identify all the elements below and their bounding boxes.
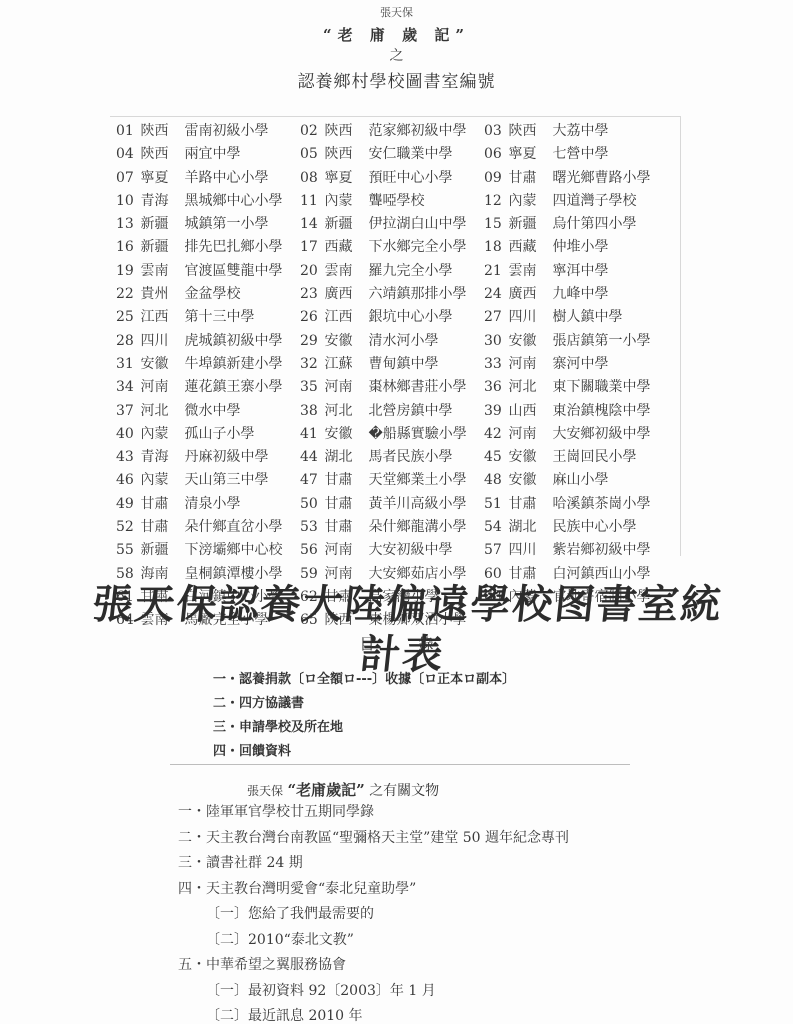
school-name: 官渡區雙龍中學 (184, 263, 282, 279)
school-entry: 47 甘肅天堂鄉業土小學 (300, 469, 484, 492)
school-province: 河南 (140, 376, 178, 399)
school-number: 48 (484, 469, 504, 492)
school-province: 安徽 (508, 469, 546, 492)
school-province: 甘肅 (508, 493, 546, 516)
document-header: 張天保 “老 庯 歲 記” 之 認養鄉村學校圖書室編號 (0, 4, 793, 94)
school-number: 32 (300, 353, 320, 376)
school-entry: 16 新疆排先巴扎鄉小學 (116, 236, 300, 259)
school-number: 52 (116, 516, 136, 539)
school-province: 河北 (324, 400, 362, 423)
school-name: 曹甸鎮中學 (368, 356, 438, 372)
school-province: 雲南 (324, 260, 362, 283)
school-province: 江西 (140, 306, 178, 329)
school-number: 54 (484, 516, 504, 539)
school-name: 排先巴扎鄉小學 (184, 239, 282, 255)
school-name: 羅九完全小學 (368, 263, 452, 279)
school-province: 雲南 (508, 260, 546, 283)
school-province: 四川 (508, 539, 546, 562)
school-province: 內蒙 (140, 469, 178, 492)
school-name: 丹麻初級中學 (184, 449, 268, 465)
school-number: 43 (116, 446, 136, 469)
school-name: 大安初級中學 (368, 542, 452, 558)
school-entry: 23 廣西六靖鎮那排小學 (300, 283, 484, 306)
school-entry: 25 江西第十三中學 (116, 306, 300, 329)
school-name: 東下關職業中學 (552, 379, 650, 395)
school-province: 廣西 (324, 283, 362, 306)
school-number: 41 (300, 423, 320, 446)
school-number: 10 (116, 190, 136, 213)
relics-title: 張天保 “老庯歲記” 之有關文物 (247, 779, 439, 800)
school-name: 虎城鎮初級中學 (184, 333, 282, 349)
section-divider (170, 764, 630, 765)
school-province: 陝西 (140, 120, 178, 143)
school-number: 13 (116, 213, 136, 236)
school-province: 甘肅 (140, 493, 178, 516)
school-province: 安徽 (324, 423, 362, 446)
school-entry: 35 河南棗林鄉書莊小學 (300, 376, 484, 399)
school-province: 寧夏 (508, 143, 546, 166)
school-number: 22 (116, 283, 136, 306)
school-number: 28 (116, 330, 136, 353)
school-province: 安徽 (508, 330, 546, 353)
school-name: 哈溪鎮茶崗小學 (552, 496, 650, 512)
author-name: 張天保 (0, 6, 793, 20)
school-entry: 40 內蒙孤山子小學 (116, 423, 300, 446)
school-entry: 39 山西東治鎮槐陰中學 (484, 400, 676, 423)
relic-item: 一・陸軍軍官學校廿五期同學錄 (178, 800, 569, 826)
school-entry: 05 陝西安仁職業中學 (300, 143, 484, 166)
school-number: 57 (484, 539, 504, 562)
school-number: 45 (484, 446, 504, 469)
school-name: 伊拉湖白山中學 (368, 216, 466, 232)
relic-item: 五・中華希望之翼服務協會 (178, 953, 569, 979)
school-name: 王崗回民小學 (552, 449, 636, 465)
school-name: 寨河中學 (552, 356, 608, 372)
school-province: 青海 (140, 446, 178, 469)
school-entry: 50 甘肅黃羊川高級小學 (300, 493, 484, 516)
school-number: 42 (484, 423, 504, 446)
school-entry: 36 河北東下關職業中學 (484, 376, 676, 399)
school-number: 25 (116, 306, 136, 329)
school-number: 18 (484, 236, 504, 259)
school-name: 天山第三中學 (184, 472, 268, 488)
relic-item: 三・讀書社群 24 期 (178, 851, 569, 877)
school-number: 24 (484, 283, 504, 306)
school-entry: 41 安徽�船縣實驗小學 (300, 423, 484, 446)
school-name: 下滂壩鄉中心校 (184, 542, 282, 558)
school-entry: 21 雲南寧洱中學 (484, 260, 676, 283)
school-name: 雷南初級小學 (184, 123, 268, 139)
school-number: 36 (484, 376, 504, 399)
school-number: 08 (300, 167, 320, 190)
school-province: 安徽 (324, 330, 362, 353)
school-name: 九峰中學 (552, 286, 608, 302)
relics-list: 一・陸軍軍官學校廿五期同學錄二・天主教台灣台南教區“聖彌格天主堂”建堂 50 週… (178, 800, 569, 1024)
school-province: 陝西 (324, 143, 362, 166)
school-entry: 42 河南大安鄉初級中學 (484, 423, 676, 446)
school-province: 安徽 (140, 353, 178, 376)
school-province: 廣西 (508, 283, 546, 306)
school-name: 烏什第四小學 (552, 216, 636, 232)
school-number: 44 (300, 446, 320, 469)
school-number: 05 (300, 143, 320, 166)
school-number: 37 (116, 400, 136, 423)
school-entry: 46 內蒙天山第三中學 (116, 469, 300, 492)
school-number: 26 (300, 306, 320, 329)
school-entry: 02 陝西范家鄉初級中學 (300, 120, 484, 143)
school-entry: 51 甘肅哈溪鎮茶崗小學 (484, 493, 676, 516)
school-number: 34 (116, 376, 136, 399)
school-province: 四川 (140, 330, 178, 353)
school-entry: 38 河北北營房鎮中學 (300, 400, 484, 423)
school-number: 49 (116, 493, 136, 516)
school-province: 甘肅 (324, 493, 362, 516)
school-number: 51 (484, 493, 504, 516)
toc-item: 二・四方協議書 (213, 692, 515, 716)
school-entry: 57 四川紫岩鄉初級中學 (484, 539, 676, 562)
school-entry: 22 貴州金盆學校 (116, 283, 300, 306)
school-name: 東治鎮槐陰中學 (552, 403, 650, 419)
school-name: 牛埠鎮新建小學 (184, 356, 282, 372)
school-province: 山西 (508, 400, 546, 423)
school-number: 46 (116, 469, 136, 492)
school-entry: 01 陝西雷南初級小學 (116, 120, 300, 143)
school-name: 朵什鄉直岔小學 (184, 519, 282, 535)
school-name: 安仁職業中學 (368, 146, 452, 162)
school-entry: 29 安徽清水河小學 (300, 330, 484, 353)
school-name: 蓮花鎮王寨小學 (184, 379, 282, 395)
school-entry: 30 安徽張店鎮第一小學 (484, 330, 676, 353)
school-number: 47 (300, 469, 320, 492)
school-entry: 20 雲南羅九完全小學 (300, 260, 484, 283)
toc-title: 目錄 (0, 633, 793, 654)
school-number: 50 (300, 493, 320, 516)
school-number: 23 (300, 283, 320, 306)
school-number: 14 (300, 213, 320, 236)
school-entry: 24 廣西九峰中學 (484, 283, 676, 306)
toc-item: 一・認養捐款〔ロ全額ロ---〕收據〔ロ正本ロ副本〕 (213, 668, 515, 692)
school-entry: 45 安徽王崗回民小學 (484, 446, 676, 469)
school-list-title: 認養鄉村學校圖書室編號 (0, 70, 793, 94)
school-name: 下水鄉完全小學 (368, 239, 466, 255)
school-entry: 09 甘肅曙光鄉曹路小學 (484, 167, 676, 190)
school-province: 寧夏 (140, 167, 178, 190)
school-name: 七營中學 (552, 146, 608, 162)
book-title: “老 庯 歲 記” (0, 24, 793, 46)
school-province: 甘肅 (324, 469, 362, 492)
school-province: 甘肅 (324, 516, 362, 539)
school-number: 55 (116, 539, 136, 562)
school-number: 53 (300, 516, 320, 539)
school-entry: 44 湖北馬者民族小學 (300, 446, 484, 469)
school-number: 21 (484, 260, 504, 283)
school-province: 陝西 (140, 143, 178, 166)
toc-item: 三・申請學校及所在地 (213, 716, 515, 740)
school-name: 六靖鎮那排小學 (368, 286, 466, 302)
school-province: 新疆 (324, 213, 362, 236)
school-province: 四川 (508, 306, 546, 329)
school-province: 河北 (140, 400, 178, 423)
school-name: 范家鄉初級中學 (368, 123, 466, 139)
school-entry: 03 陝西大荔中學 (484, 120, 676, 143)
school-number: 04 (116, 143, 136, 166)
school-province: 西藏 (324, 236, 362, 259)
school-number: 03 (484, 120, 504, 143)
school-name: �船縣實驗小學 (368, 426, 466, 442)
school-name: 微水中學 (184, 403, 240, 419)
school-number: 16 (116, 236, 136, 259)
school-entry: 52 甘肅朵什鄉直岔小學 (116, 516, 300, 539)
school-entry: 04 陝西兩宜中學 (116, 143, 300, 166)
school-name: 羊路中心小學 (184, 170, 268, 186)
table-of-contents: 一・認養捐款〔ロ全額ロ---〕收據〔ロ正本ロ副本〕 二・四方協議書 三・申請學校… (213, 668, 515, 764)
school-province: 甘肅 (508, 167, 546, 190)
school-entry: 53 甘肅朵什鄉龍溝小學 (300, 516, 484, 539)
school-number: 31 (116, 353, 136, 376)
school-number: 39 (484, 400, 504, 423)
school-entry: 26 江西銀坑中心小學 (300, 306, 484, 329)
school-province: 河南 (324, 539, 362, 562)
school-name: 棗林鄉書莊小學 (368, 379, 466, 395)
relic-item: 四・天主教台灣明愛會“泰北兒童助學” (178, 877, 569, 903)
school-name: 清水河小學 (368, 333, 438, 349)
school-entry: 32 江蘇曹甸鎮中學 (300, 353, 484, 376)
relics-title-author: 張天保 (247, 784, 283, 798)
school-name: 曙光鄉曹路小學 (552, 170, 650, 186)
school-name: 大荔中學 (552, 123, 608, 139)
school-province: 河北 (508, 376, 546, 399)
school-name: 黑城鄉中心小學 (184, 193, 282, 209)
document-page: 張天保 “老 庯 歲 記” 之 認養鄉村學校圖書室編號 01 陝西雷南初級小學0… (0, 0, 793, 1024)
school-entry: 10 青海黑城鄉中心小學 (116, 190, 300, 213)
school-entry: 07 寧夏羊路中心小學 (116, 167, 300, 190)
school-name: 張店鎮第一小學 (552, 333, 650, 349)
school-name: 孤山子小學 (184, 426, 254, 442)
school-number: 02 (300, 120, 320, 143)
school-name: 紫岩鄉初級中學 (552, 542, 650, 558)
school-name: 金盆學校 (184, 286, 240, 302)
school-entry: 06 寧夏七營中學 (484, 143, 676, 166)
school-province: 西藏 (508, 236, 546, 259)
school-entry: 15 新疆烏什第四小學 (484, 213, 676, 236)
school-province: 江蘇 (324, 353, 362, 376)
school-province: 青海 (140, 190, 178, 213)
school-province: 新疆 (508, 213, 546, 236)
school-province: 河南 (508, 353, 546, 376)
school-name: 天堂鄉業土小學 (368, 472, 466, 488)
school-number: 07 (116, 167, 136, 190)
title-connector: 之 (0, 46, 793, 66)
school-name: 民族中心小學 (552, 519, 636, 535)
school-province: 貴州 (140, 283, 178, 306)
school-number: 27 (484, 306, 504, 329)
school-number: 12 (484, 190, 504, 213)
school-number: 30 (484, 330, 504, 353)
calligraphy-title: 張天保認養大陸偏遠學校图書室統計表 (75, 580, 736, 680)
school-number: 15 (484, 213, 504, 236)
school-number: 40 (116, 423, 136, 446)
relic-subitem: 〔二〕最近訊息 2010 年 (178, 1004, 569, 1024)
school-number: 20 (300, 260, 320, 283)
school-province: 內蒙 (508, 190, 546, 213)
school-entry: 13 新疆城鎮第一小學 (116, 213, 300, 236)
school-number: 29 (300, 330, 320, 353)
school-name: 兩宜中學 (184, 146, 240, 162)
school-province: 內蒙 (324, 190, 362, 213)
school-name: 清泉小學 (184, 496, 240, 512)
school-entry: 18 西藏仲堆小學 (484, 236, 676, 259)
school-province: 陝西 (324, 120, 362, 143)
school-entry: 31 安徽牛埠鎮新建小學 (116, 353, 300, 376)
school-province: 安徽 (508, 446, 546, 469)
school-name: 樹人鎮中學 (552, 309, 622, 325)
school-entry: 54 湖北民族中心小學 (484, 516, 676, 539)
school-list: 01 陝西雷南初級小學02 陝西范家鄉初級中學03 陝西大荔中學04 陝西兩宜中… (116, 120, 676, 633)
school-entry: 11 內蒙聾啞學校 (300, 190, 484, 213)
school-number: 33 (484, 353, 504, 376)
school-entry: 33 河南寨河中學 (484, 353, 676, 376)
school-name: 聾啞學校 (368, 193, 424, 209)
frame-line-right (680, 116, 681, 556)
school-name: 城鎮第一小學 (184, 216, 268, 232)
school-name: 馬者民族小學 (368, 449, 452, 465)
toc-item: 四・回饋資料 (213, 740, 515, 764)
school-name: 四道灣子學校 (552, 193, 636, 209)
school-number: 09 (484, 167, 504, 190)
school-number: 35 (300, 376, 320, 399)
school-province: 河南 (508, 423, 546, 446)
school-province: 湖北 (324, 446, 362, 469)
school-province: 寧夏 (324, 167, 362, 190)
school-name: 北營房鎮中學 (368, 403, 452, 419)
school-entry: 28 四川虎城鎮初級中學 (116, 330, 300, 353)
school-province: 河南 (324, 376, 362, 399)
school-name: 朵什鄉龍溝小學 (368, 519, 466, 535)
school-province: 新疆 (140, 213, 178, 236)
school-number: 56 (300, 539, 320, 562)
school-entry: 56 河南大安初級中學 (300, 539, 484, 562)
relic-subitem: 〔一〕您給了我們最需要的 (178, 902, 569, 928)
school-name: 仲堆小學 (552, 239, 608, 255)
school-number: 01 (116, 120, 136, 143)
school-province: 雲南 (140, 260, 178, 283)
school-name: 麻山小學 (552, 472, 608, 488)
school-number: 38 (300, 400, 320, 423)
school-name: 黃羊川高級小學 (368, 496, 466, 512)
frame-line-top (110, 116, 680, 117)
school-province: 甘肅 (140, 516, 178, 539)
school-entry: 12 內蒙四道灣子學校 (484, 190, 676, 213)
relics-title-book: “老庯歲記” (287, 781, 364, 799)
school-number: 11 (300, 190, 320, 213)
school-entry: 14 新疆伊拉湖白山中學 (300, 213, 484, 236)
school-entry: 34 河南蓮花鎮王寨小學 (116, 376, 300, 399)
school-name: 第十三中學 (184, 309, 254, 325)
school-entry: 17 西藏下水鄉完全小學 (300, 236, 484, 259)
relic-item: 二・天主教台灣台南教區“聖彌格天主堂”建堂 50 週年紀念專刊 (178, 826, 569, 852)
school-name: 銀坑中心小學 (368, 309, 452, 325)
school-entry: 43 青海丹麻初級中學 (116, 446, 300, 469)
school-name: 寧洱中學 (552, 263, 608, 279)
school-province: 陝西 (508, 120, 546, 143)
school-entry: 55 新疆下滂壩鄉中心校 (116, 539, 300, 562)
school-entry: 19 雲南官渡區雙龍中學 (116, 260, 300, 283)
school-province: 湖北 (508, 516, 546, 539)
school-province: 新疆 (140, 236, 178, 259)
school-number: 19 (116, 260, 136, 283)
school-province: 內蒙 (140, 423, 178, 446)
relic-subitem: 〔一〕最初資料 92〔2003〕年 1 月 (178, 979, 569, 1005)
school-entry: 48 安徽麻山小學 (484, 469, 676, 492)
school-province: 新疆 (140, 539, 178, 562)
school-number: 06 (484, 143, 504, 166)
school-province: 江西 (324, 306, 362, 329)
school-entry: 08 寧夏預旺中心小學 (300, 167, 484, 190)
school-number: 17 (300, 236, 320, 259)
school-name: 預旺中心小學 (368, 170, 452, 186)
school-name: 大安鄉初級中學 (552, 426, 650, 442)
relics-title-suffix: 之有關文物 (369, 783, 439, 799)
school-entry: 27 四川樹人鎮中學 (484, 306, 676, 329)
school-entry: 49 甘肅清泉小學 (116, 493, 300, 516)
school-entry: 37 河北微水中學 (116, 400, 300, 423)
relic-subitem: 〔二〕2010“泰北文教” (178, 928, 569, 954)
